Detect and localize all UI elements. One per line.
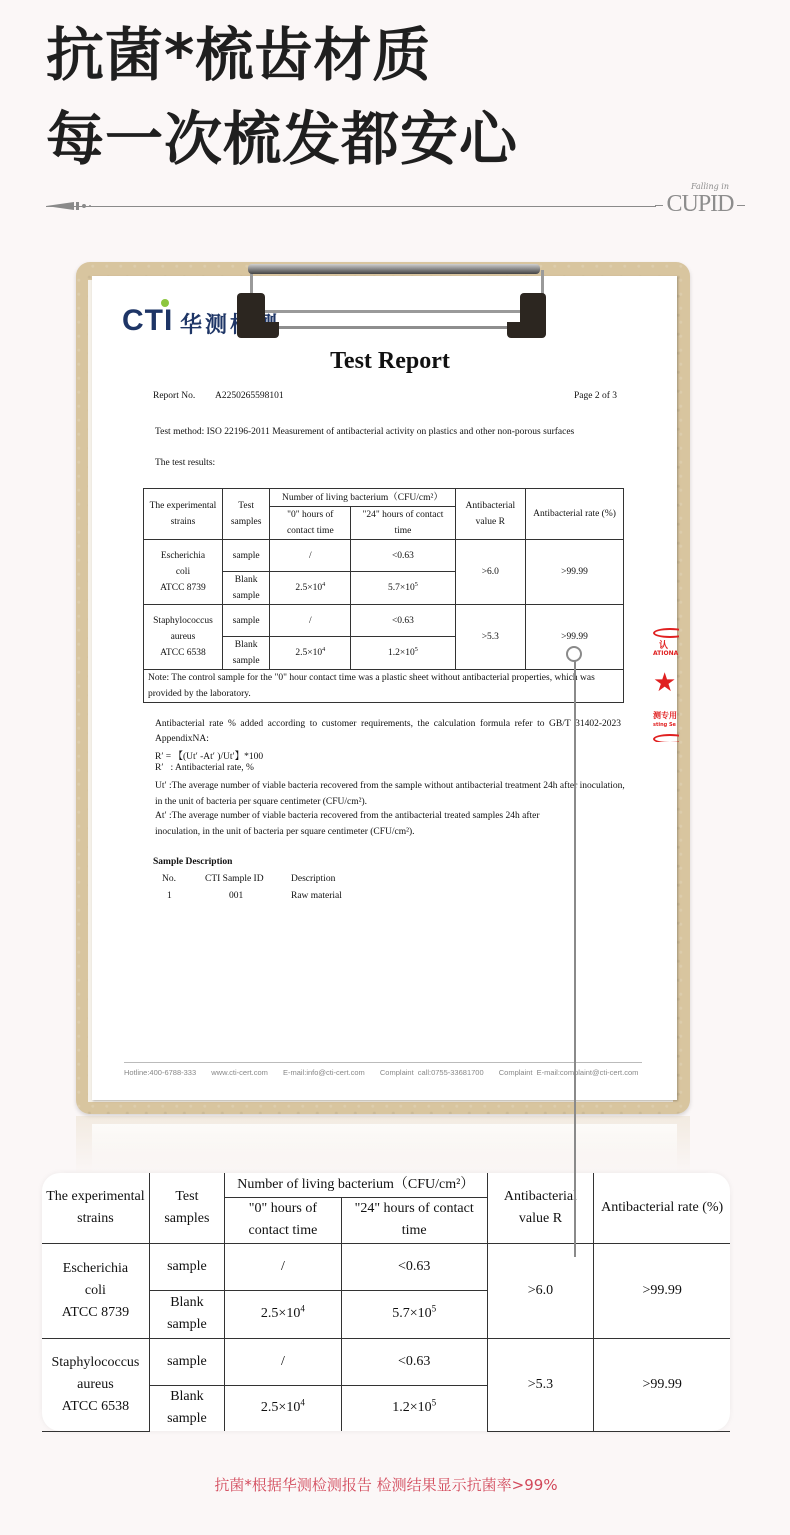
sample-cell: sample (222, 540, 269, 572)
report-no: A2250265598101 (215, 391, 284, 401)
footer-complaint-email: Complaint E-mail:complaint@cti-cert.com (499, 1068, 639, 1077)
h0-cell: 2.5×104 (224, 1385, 341, 1431)
h24-cell: 5.7×105 (351, 572, 455, 605)
value-cell: >6.0 (487, 1243, 594, 1338)
stamp-star-icon: ★ (653, 668, 676, 698)
clip-foot-right-base (507, 322, 546, 338)
brand-tagline: Falling in (675, 182, 745, 191)
sample-desc-title: Sample Description (153, 857, 232, 867)
strain-cell: StaphylococcusaureusATCC 6538 (42, 1338, 149, 1431)
headline-line-1: 抗菌*梳齿材质 (46, 26, 431, 84)
th-rate: Antibacterial rate (%) (526, 489, 624, 540)
brand-logo: Falling in CUPID (655, 182, 745, 222)
value-cell: >5.3 (487, 1338, 594, 1431)
footer-divider (124, 1062, 642, 1063)
report-results-table: The experimental strains Test samples Nu… (143, 488, 624, 703)
th-hour0: "0" hours of contact time (270, 507, 351, 540)
sample-desc-header-no: No. (162, 874, 176, 884)
headline-line-2: 每一次梳发都安心 (46, 110, 518, 168)
footer-website: www.cti-cert.com (211, 1068, 268, 1077)
def-r: R′ : Antibacterial rate, % (155, 763, 254, 773)
value-cell: >6.0 (455, 540, 526, 605)
cti-logo: CTI (122, 304, 173, 338)
paper-reflection (92, 1124, 677, 1174)
def-ut: Ut′ :The average number of viable bacter… (155, 779, 625, 810)
clip-wire (250, 270, 544, 313)
clip-foot-left-base (237, 322, 279, 338)
h0-cell: 2.5×104 (270, 637, 351, 670)
test-method: Test method: ISO 22196-2011 Measurement … (155, 427, 574, 437)
th-hour24: "24" hours of contact time (351, 507, 455, 540)
report-page: Page 2 of 3 (574, 391, 617, 401)
sample-desc-header-id: CTI Sample ID (205, 874, 264, 884)
th-living: Number of living bacterium（CFU/cm²） (224, 1173, 487, 1197)
th-hour0: "0" hours of contact time (224, 1197, 341, 1243)
h0-cell: / (270, 605, 351, 637)
header-divider (46, 206, 656, 207)
report-title: Test Report (0, 348, 780, 375)
callout-line (574, 660, 576, 1257)
brand-arrow-left-icon (655, 205, 663, 206)
sample-cell: Blank sample (222, 572, 269, 605)
clip-rod (279, 326, 507, 329)
h24-cell: 1.2×105 (351, 637, 455, 670)
strain-cell: EscherichiacoliATCC 8739 (42, 1243, 149, 1338)
h0-cell: / (270, 540, 351, 572)
h0-cell: / (224, 1338, 341, 1385)
zoomed-results-table: The experimental strains Test samples Nu… (42, 1173, 730, 1432)
h0-cell: 2.5×104 (270, 572, 351, 605)
sample-cell: sample (149, 1338, 224, 1385)
report-no-label: Report No. (153, 391, 195, 401)
th-strains: The experimental strains (144, 489, 223, 540)
value-cell: >5.3 (455, 605, 526, 670)
strain-cell: EscherichiacoliATCC 8739 (144, 540, 223, 605)
sample-desc-desc: Raw material (291, 891, 342, 901)
th-samples: Test samples (222, 489, 269, 540)
h24-cell: 1.2×105 (341, 1385, 487, 1431)
caption: 抗菌*根据华测检测报告 检测结果显示抗菌率>99% (0, 1474, 772, 1495)
h24-cell: 5.7×105 (341, 1290, 487, 1338)
formula: R′ = 【(Ut′ -At′ )/Ut′】*100 (155, 748, 263, 762)
callout-circle-icon (566, 646, 582, 662)
sample-desc-id: 001 (229, 891, 243, 901)
rate-cell: >99.99 (594, 1243, 730, 1338)
h24-cell: <0.63 (341, 1338, 487, 1385)
th-samples: Test samples (149, 1173, 224, 1243)
brand-arrow-right-icon (737, 205, 745, 206)
footer-complaint-call: Complaint call:0755-33681700 (380, 1068, 484, 1077)
th-value: Antibacterial value R (487, 1173, 594, 1243)
th-hour24: "24" hours of contact time (341, 1197, 487, 1243)
formula-intro: Antibacterial rate % added according to … (155, 717, 621, 747)
footer-hotline: Hotline:400-6788-333 (124, 1068, 196, 1077)
th-rate: Antibacterial rate (%) (594, 1173, 730, 1243)
sample-desc-header-desc: Description (291, 874, 335, 884)
th-living: Number of living bacterium（CFU/cm²） (270, 489, 455, 507)
h0-cell: 2.5×104 (224, 1290, 341, 1338)
footer-email: E-mail:info@cti-cert.com (283, 1068, 365, 1077)
clip-bar (248, 264, 540, 274)
def-at: At′ :The average number of viable bacter… (155, 809, 585, 840)
h0-cell: / (224, 1243, 341, 1290)
logo-dot-icon (161, 299, 169, 307)
h24-cell: <0.63 (351, 605, 455, 637)
sample-desc-no: 1 (167, 891, 172, 901)
sample-cell: Blank sample (222, 637, 269, 670)
rate-cell: >99.99 (526, 540, 624, 605)
brand-name: CUPID (655, 191, 745, 217)
h24-cell: <0.63 (351, 540, 455, 572)
cti-logo-text: CTI (122, 304, 173, 337)
th-strains: The experimental strains (42, 1173, 149, 1243)
rate-cell: >99.99 (594, 1338, 730, 1431)
sample-cell: Blank sample (149, 1385, 224, 1431)
sample-cell: Blank sample (149, 1290, 224, 1338)
table-note: Note: The control sample for the "0" hou… (144, 670, 624, 703)
results-label: The test results: (155, 458, 215, 468)
certificate-footer: Hotline:400-6788-333 www.cti-cert.com E-… (124, 1068, 649, 1077)
th-value: Antibacterial value R (455, 489, 526, 540)
h24-cell: <0.63 (341, 1243, 487, 1290)
official-stamp: 认 ATIONA ★ 测专用 sting Se (653, 628, 679, 742)
strain-cell: StaphylococcusaureusATCC 6538 (144, 605, 223, 670)
sample-cell: sample (149, 1243, 224, 1290)
sample-cell: sample (222, 605, 269, 637)
